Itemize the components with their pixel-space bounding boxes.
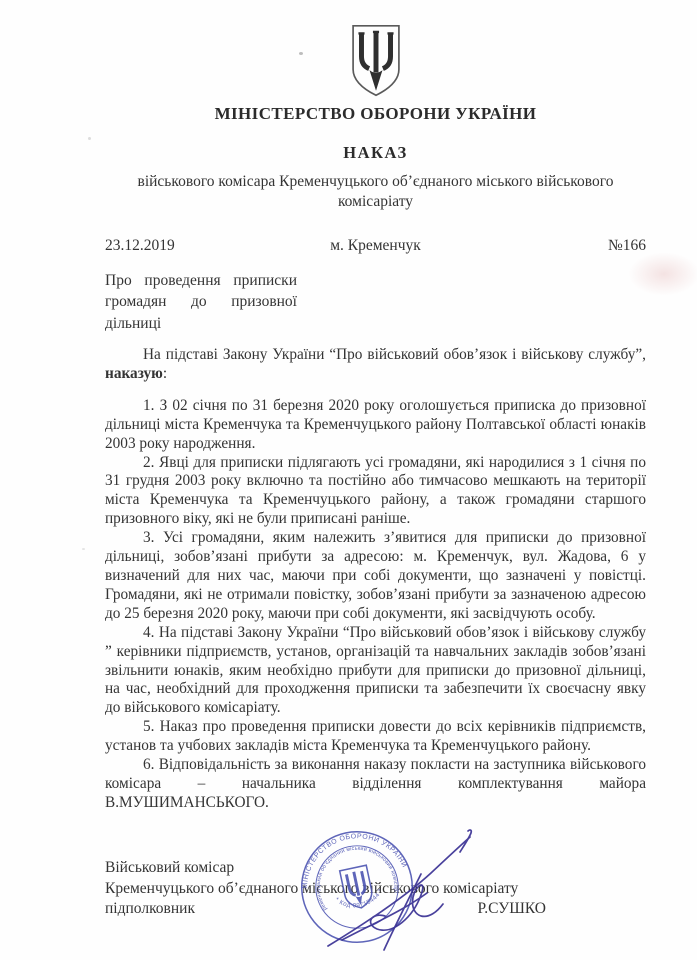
order-place: м. Кременчук — [330, 237, 421, 255]
preamble-tail: : — [163, 365, 167, 382]
handwritten-signature — [288, 810, 498, 958]
order-subject: Про проведення приписки громадян до приз… — [105, 270, 297, 334]
scan-speck — [82, 548, 85, 550]
signatory-rank: підполковник — [105, 899, 195, 920]
trident-shield-icon — [337, 22, 415, 106]
order-title: НАКАЗ — [105, 143, 646, 163]
order-paragraph-2: 2. Явці для приписки підлягають усі гром… — [105, 454, 646, 530]
order-issuer: військового комісара Кременчуцького об’є… — [105, 172, 646, 212]
meta-row: 23.12.2019 м. Кременчук №166 — [105, 237, 646, 257]
order-paragraph-6: 6. Відповідальність за виконання наказу … — [105, 756, 646, 813]
order-date: 23.12.2019 — [105, 237, 175, 255]
ministry-title: МІНІСТЕРСТВО ОБОРОНИ УКРАЇНИ — [105, 104, 646, 124]
order-preamble: На підставі Закону України “Про військов… — [105, 346, 646, 384]
preamble-text: На підставі Закону України “Про військов… — [143, 346, 646, 363]
order-paragraph-3: 3. Усі громадяни, яким належить з’явитис… — [105, 529, 646, 624]
order-paragraph-1: 1. З 02 січня по 31 березня 2020 року ог… — [105, 397, 646, 454]
preamble-command-word: наказую — [105, 365, 163, 382]
scan-speck — [88, 137, 91, 140]
scanned-military-order-document: МІНІСТЕРСТВО ОБОРОНИ УКРАЇНИ НАКАЗ війсь… — [0, 0, 697, 960]
order-paragraph-5: 5. Наказ про проведення приписки довести… — [105, 718, 646, 756]
order-number: №166 — [608, 237, 646, 255]
scan-smudge — [628, 252, 697, 296]
order-paragraph-4: 4. На підставі Закону України “Про війсь… — [105, 624, 646, 719]
ukraine-coat-of-arms-emblem — [105, 22, 646, 106]
order-body: На підставі Закону України “Про військов… — [105, 346, 646, 813]
